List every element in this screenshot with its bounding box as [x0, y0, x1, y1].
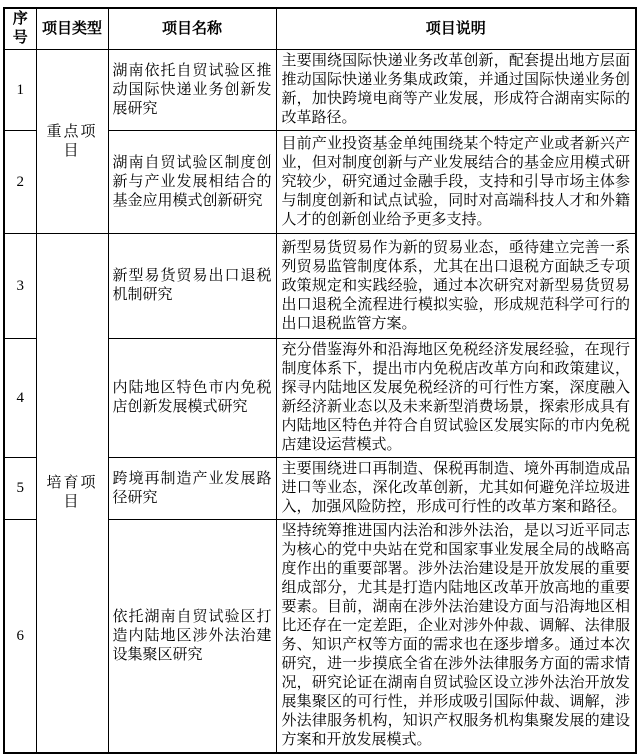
cell-type-key-projects: 重点项目 — [36, 50, 108, 234]
cell-project-name: 依托湖南自贸试验区打造内陆地区涉外法治建设集聚区研究 — [108, 520, 276, 754]
cell-project-desc: 坚持统筹推进国内法治和涉外法治，是以习近平同志为核心的党中央站在党和国家事业发展… — [276, 520, 636, 754]
table-row: 1 重点项目 湖南依托自贸试验区推动国际快递业务创新发展研究 主要围绕国际快递业… — [4, 50, 636, 131]
cell-project-name: 湖南依托自贸试验区推动国际快递业务创新发展研究 — [108, 50, 276, 131]
cell-no: 1 — [4, 50, 36, 131]
cell-project-name: 内陆地区特色市内免税店创新发展模式研究 — [108, 339, 276, 458]
cell-project-desc: 主要围绕进口再制造、保税再制造、境外再制造成品进口等业态，深化改革创新，尤其如何… — [276, 458, 636, 520]
cell-no: 3 — [4, 234, 36, 339]
column-header-desc: 项目说明 — [276, 8, 636, 50]
cell-project-name: 湖南自贸试验区制度创新与产业发展相结合的基金应用模式创新研究 — [108, 131, 276, 234]
column-header-no: 序号 — [4, 8, 36, 50]
column-header-name: 项目名称 — [108, 8, 276, 50]
cell-no: 2 — [4, 131, 36, 234]
header-row: 序号 项目类型 项目名称 项目说明 — [4, 8, 636, 50]
cell-no: 4 — [4, 339, 36, 458]
cell-project-desc: 新型易货贸易作为新的贸易业态，亟待建立完善一系列贸易监管制度体系，尤其在出口退税… — [276, 234, 636, 339]
cell-project-name: 跨境再制造产业发展路径研究 — [108, 458, 276, 520]
cell-type-cultivation-projects: 培育项目 — [36, 234, 108, 754]
table-row: 3 培育项目 新型易货贸易出口退税机制研究 新型易货贸易作为新的贸易业态，亟待建… — [4, 234, 636, 339]
projects-table: 序号 项目类型 项目名称 项目说明 1 重点项目 湖南依托自贸试验区推动国际快递… — [3, 7, 637, 754]
cell-project-name: 新型易货贸易出口退税机制研究 — [108, 234, 276, 339]
cell-project-desc: 主要围绕国际快递业务改革创新，配套提出地方层面推动国际快递业务集成政策，并通过国… — [276, 50, 636, 131]
document-page: 序号 项目类型 项目名称 项目说明 1 重点项目 湖南依托自贸试验区推动国际快递… — [0, 0, 637, 698]
column-header-type: 项目类型 — [36, 8, 108, 50]
cell-no: 6 — [4, 520, 36, 754]
cell-no: 5 — [4, 458, 36, 520]
cell-project-desc: 充分借鉴海外和沿海地区免税经济发展经验，在现行制度体系下，提出市内免税店改革方向… — [276, 339, 636, 458]
cell-project-desc: 目前产业投资基金单纯围绕某个特定产业或者新兴产业，但对制度创新与产业发展结合的基… — [276, 131, 636, 234]
